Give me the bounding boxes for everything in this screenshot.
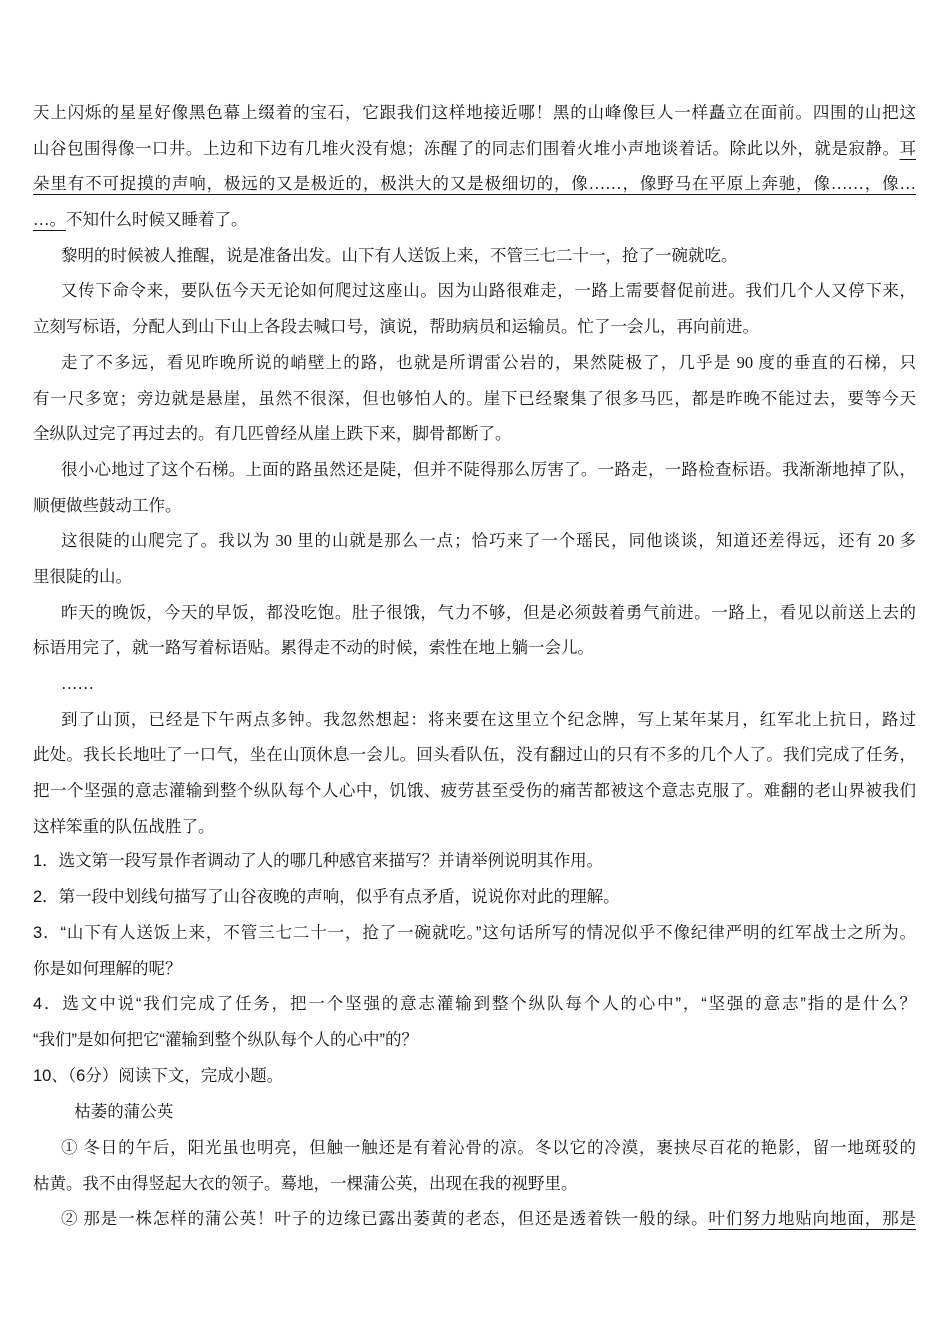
text-line: 你是如何理解的呢？ [33, 952, 916, 988]
text-segment: 此处。我长长地吐了一口气，坐在山顶休息一会儿。回头看队伍，没有翻过山的只有不多的… [33, 745, 916, 764]
text-segment: 到了山顶，已经是下午两点多钟。我忽然想起：将来要在这里立个纪念牌，写上某年某月，… [61, 710, 916, 729]
text-segment: 枯黄。我不由得竖起大衣的领子。蓦地，一棵蒲公英，出现在我的视野里。 [33, 1174, 578, 1193]
text-line: …… [33, 666, 916, 702]
text-segment: 很小心地过了这个石梯。上面的路虽然还是陡，但并不陡得那么厉害了。一路走，一路检查… [61, 460, 916, 479]
text-line: 10、（6分）阅读下文，完成小题。 [33, 1059, 916, 1095]
text-segment: 3．“山下有人送饭上来，不管三七二十一，抢了一碗就吃。”这句话所写的情况似乎不像… [33, 924, 916, 942]
text-segment: 山谷包围得像一口井。上边和下边有几堆火没有熄；冻醒了的同志们围着火堆小声地谈着话… [33, 139, 900, 158]
text-line: 山谷包围得像一口井。上边和下边有几堆火没有熄；冻醒了的同志们围着火堆小声地谈着话… [33, 131, 916, 167]
text-line: 昨天的晚饭，今天的早饭，都没吃饱。肚子很饿，气力不够，但是必须鼓着勇气前进。一路… [33, 595, 916, 631]
text-line: 顺便做些鼓动工作。 [33, 488, 916, 524]
text-segment: 这很陡的山爬完了。我以为 30 里的山就是那么一点；恰巧来了一个瑶民，同他谈谈，… [61, 531, 916, 550]
text-line: 走了不多远，看见昨晚所说的峭壁上的路，也就是所谓雷公岩的，果然陡极了，几乎是 9… [33, 345, 916, 381]
text-line: 天上闪烁的星星好像黑色幕上缀着的宝石，它跟我们这样地接近哪！黑的山峰像巨人一样矗… [33, 95, 916, 131]
text-segment: 里很陡的山。 [33, 567, 132, 586]
text-line: 3．“山下有人送饭上来，不管三七二十一，抢了一碗就吃。”这句话所写的情况似乎不像… [33, 916, 916, 952]
text-segment: 又传下命令来，要队伍今天无论如何爬过这座山。因为山路很难走，一路上需要督促前进。… [61, 281, 916, 300]
underlined-text-segment: 朵里有不可捉摸的声响，极远的又是极近的，极洪大的又是极细切的，像……，像野马在平… [33, 174, 916, 193]
text-line: 有一尺多宽；旁边就是悬崖，虽然不很深，但也够怕人的。崖下已经聚集了很多马匹，都是… [33, 381, 916, 417]
text-segment: 有一尺多宽；旁边就是悬崖，虽然不很深，但也够怕人的。崖下已经聚集了很多马匹，都是… [33, 389, 916, 408]
text-segment: …… [61, 674, 94, 693]
text-segment: 枯萎的蒲公英 [74, 1102, 173, 1121]
text-line: …。不知什么时候又睡着了。 [33, 202, 916, 238]
text-line: 标语用完了，就一路写着标语贴。累得走不动的时候，索性在地上躺一会儿。 [33, 630, 916, 666]
text-segment: 把一个坚强的意志灌输到整个纵队每个人心中，饥饿、疲劳甚至受伤的痛苦都被这个意志克… [33, 781, 916, 800]
underlined-text-segment: …。 [33, 210, 66, 229]
text-segment: 10、（6分）阅读下文，完成小题。 [33, 1067, 283, 1085]
text-line: 全纵队过完了再过去的。有几匹曾经从崖上跌下来，脚骨都断了。 [33, 416, 916, 452]
text-line: 朵里有不可捉摸的声响，极远的又是极近的，极洪大的又是极细切的，像……，像野马在平… [33, 166, 916, 202]
text-line: 2．第一段中划线句描写了山谷夜晚的声响，似乎有点矛盾，说说你对此的理解。 [33, 880, 916, 916]
text-line: 此处。我长长地吐了一口气，坐在山顶休息一会儿。回头看队伍，没有翻过山的只有不多的… [33, 737, 916, 773]
text-line: “我们”是如何把它“灌输到整个纵队每个人的心中”的？ [33, 1023, 916, 1059]
text-segment: “我们”是如何把它“灌输到整个纵队每个人的心中”的？ [33, 1031, 418, 1049]
text-line: 里很陡的山。 [33, 559, 916, 595]
exam-document-page: 天上闪烁的星星好像黑色幕上缀着的宝石，它跟我们这样地接近哪！黑的山峰像巨人一样矗… [33, 95, 916, 1237]
text-segment: 昨天的晚饭，今天的早饭，都没吃饱。肚子很饿，气力不够，但是必须鼓着勇气前进。一路… [61, 603, 916, 622]
text-segment: 天上闪烁的星星好像黑色幕上缀着的宝石，它跟我们这样地接近哪！黑的山峰像巨人一样矗… [33, 103, 916, 122]
text-segment: 1．选文第一段写景作者调动了人的哪几种感官来描写？并请举例说明其作用。 [33, 852, 603, 870]
text-line: 4．选文中说“我们完成了任务，把一个坚强的意志灌输到整个纵队每个人的心中”，“坚… [33, 987, 916, 1023]
text-line: ① 冬日的午后，阳光虽也明亮，但触一触还是有着沁骨的凉。冬以它的冷漠，裹挟尽百花… [33, 1130, 916, 1166]
text-segment: 你是如何理解的呢？ [33, 960, 182, 978]
text-line: 立刻写标语，分配人到山下山上各段去喊口号，演说，帮助病员和运输员。忙了一会儿，再… [33, 309, 916, 345]
text-segment: ② 那是一株怎样的蒲公英！叶子的边缘已露出萎黄的老态，但还是透着铁一般的绿。 [61, 1209, 708, 1228]
text-line: 到了山顶，已经是下午两点多钟。我忽然想起：将来要在这里立个纪念牌，写上某年某月，… [33, 702, 916, 738]
text-segment: 不知什么时候又睡着了。 [66, 210, 248, 229]
text-segment: 标语用完了，就一路写着标语贴。累得走不动的时候，索性在地上躺一会儿。 [33, 638, 594, 657]
text-segment: ① 冬日的午后，阳光虽也明亮，但触一触还是有着沁骨的凉。冬以它的冷漠，裹挟尽百花… [61, 1138, 916, 1157]
text-line: ② 那是一株怎样的蒲公英！叶子的边缘已露出萎黄的老态，但还是透着铁一般的绿。叶们… [33, 1201, 916, 1237]
text-line: 这样笨重的队伍战胜了。 [33, 809, 916, 845]
text-line: 又传下命令来，要队伍今天无论如何爬过这座山。因为山路很难走，一路上需要督促前进。… [33, 273, 916, 309]
text-segment: 立刻写标语，分配人到山下山上各段去喊口号，演说，帮助病员和运输员。忙了一会儿，再… [33, 317, 759, 336]
text-line: 1．选文第一段写景作者调动了人的哪几种感官来描写？并请举例说明其作用。 [33, 844, 916, 880]
text-segment: 4．选文中说“我们完成了任务，把一个坚强的意志灌输到整个纵队每个人的心中”，“坚… [33, 995, 916, 1013]
text-segment: 黎明的时候被人推醒，说是准备出发。山下有人送饭上来，不管三七二十一，抢了一碗就吃… [61, 246, 738, 265]
text-segment: 全纵队过完了再过去的。有几匹曾经从崖上跌下来，脚骨都断了。 [33, 424, 512, 443]
text-line: 枯黄。我不由得竖起大衣的领子。蓦地，一棵蒲公英，出现在我的视野里。 [33, 1166, 916, 1202]
text-line: 把一个坚强的意志灌输到整个纵队每个人心中，饥饿、疲劳甚至受伤的痛苦都被这个意志克… [33, 773, 916, 809]
text-segment: 顺便做些鼓动工作。 [33, 496, 182, 515]
underlined-text-segment: 耳 [900, 139, 917, 158]
underlined-text-segment: 叶们努力地贴向地面，那是 [709, 1209, 917, 1228]
text-line: 黎明的时候被人推醒，说是准备出发。山下有人送饭上来，不管三七二十一，抢了一碗就吃… [33, 238, 916, 274]
text-segment: 2．第一段中划线句描写了山谷夜晚的声响，似乎有点矛盾，说说你对此的理解。 [33, 888, 620, 906]
text-line: 这很陡的山爬完了。我以为 30 里的山就是那么一点；恰巧来了一个瑶民，同他谈谈，… [33, 523, 916, 559]
text-line: 很小心地过了这个石梯。上面的路虽然还是陡，但并不陡得那么厉害了。一路走，一路检查… [33, 452, 916, 488]
text-segment: 这样笨重的队伍战胜了。 [33, 817, 215, 836]
text-line: 枯萎的蒲公英 [33, 1094, 916, 1130]
text-segment: 走了不多远，看见昨晚所说的峭壁上的路，也就是所谓雷公岩的，果然陡极了，几乎是 9… [61, 353, 916, 372]
